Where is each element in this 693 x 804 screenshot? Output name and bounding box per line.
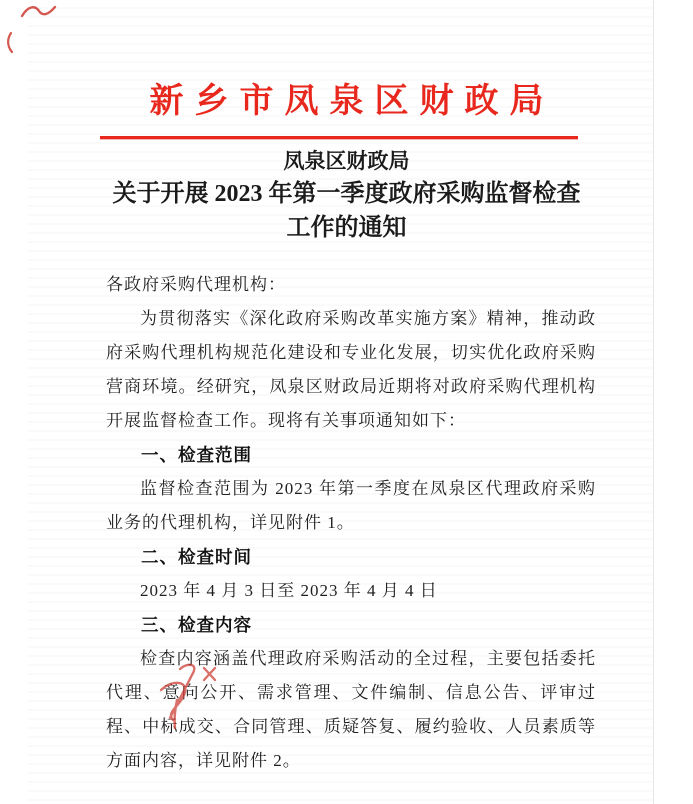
scanned-document-page: 新乡市凤泉区财政局 凤泉区财政局 关于开展 2023 年第一季度政府采购监督检查… bbox=[0, 0, 693, 804]
intro-paragraph: 为贯彻落实《深化政府采购改革实施方案》精神，推动政府采购代理机构规范化建设和专业… bbox=[106, 302, 596, 438]
letterhead-title: 新乡市凤泉区财政局 bbox=[0, 80, 693, 124]
letterhead-divider bbox=[100, 136, 578, 139]
document-title-line1: 凤泉区财政局 bbox=[40, 145, 653, 177]
section-heading-3: 三、检查内容 bbox=[106, 608, 596, 642]
pen-mark-top-left-small-icon bbox=[3, 31, 19, 55]
salutation: 各政府采购代理机构： bbox=[106, 268, 596, 302]
pen-mark-top-left-icon bbox=[20, 3, 58, 21]
document-body: 各政府采购代理机构： 为贯彻落实《深化政府采购改革实施方案》精神，推动政府采购代… bbox=[106, 268, 596, 778]
document-title-line3: 工作的通知 bbox=[40, 211, 653, 245]
section-body-1: 监督检查范围为 2023 年第一季度在凤泉区代理政府采购业务的代理机构，详见附件… bbox=[106, 472, 596, 540]
document-title: 凤泉区财政局 关于开展 2023 年第一季度政府采购监督检查 工作的通知 bbox=[40, 145, 653, 245]
document-title-line2: 关于开展 2023 年第一季度政府采购监督检查 bbox=[40, 177, 653, 211]
section-heading-2: 二、检查时间 bbox=[106, 540, 596, 574]
section-heading-1: 一、检查范围 bbox=[106, 438, 596, 472]
section-body-2: 2023 年 4 月 3 日至 2023 年 4 月 4 日 bbox=[106, 574, 596, 608]
section-body-3: 检查内容涵盖代理政府采购活动的全过程，主要包括委托代理、意向公开、需求管理、文件… bbox=[106, 642, 596, 778]
